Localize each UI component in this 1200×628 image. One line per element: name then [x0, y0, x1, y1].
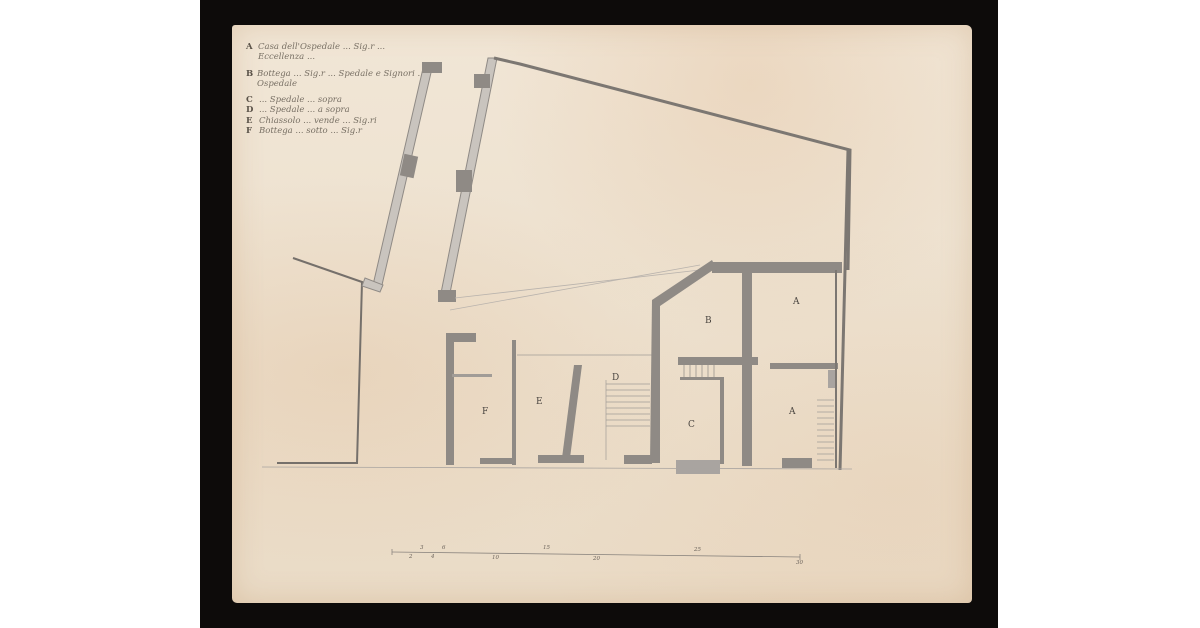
left-outbuilding [277, 258, 362, 463]
rooms-a-b-c-walls [624, 260, 842, 474]
room-label-d: D [612, 373, 619, 383]
room-label-a-lower: A [789, 407, 796, 417]
stair-a [817, 400, 834, 460]
room-label-a-upper: A [793, 297, 800, 307]
scale-tick-label: 3 [420, 545, 424, 551]
street-frontage-line [262, 467, 852, 469]
stair-b-c [684, 365, 714, 377]
room-label-b: B [705, 316, 712, 326]
scale-tick-label: 6 [442, 545, 446, 551]
room-label-e: E [536, 397, 543, 407]
scale-tick-label: 2 [409, 554, 413, 560]
scale-tick-label: 30 [796, 560, 803, 566]
floor-plan-drawing [0, 0, 1200, 628]
scale-tick-label: 4 [431, 554, 435, 560]
scale-tick-label: 15 [543, 545, 550, 551]
scale-tick-label: 10 [492, 555, 499, 561]
narrow-wing-walls [362, 62, 442, 292]
room-label-f: F [482, 407, 488, 417]
scale-tick-label: 25 [694, 547, 701, 553]
rooms-f-e-walls [446, 333, 655, 465]
scale-tick-label: 20 [593, 556, 600, 562]
stair-d [606, 380, 650, 460]
room-label-c: C [688, 420, 695, 430]
